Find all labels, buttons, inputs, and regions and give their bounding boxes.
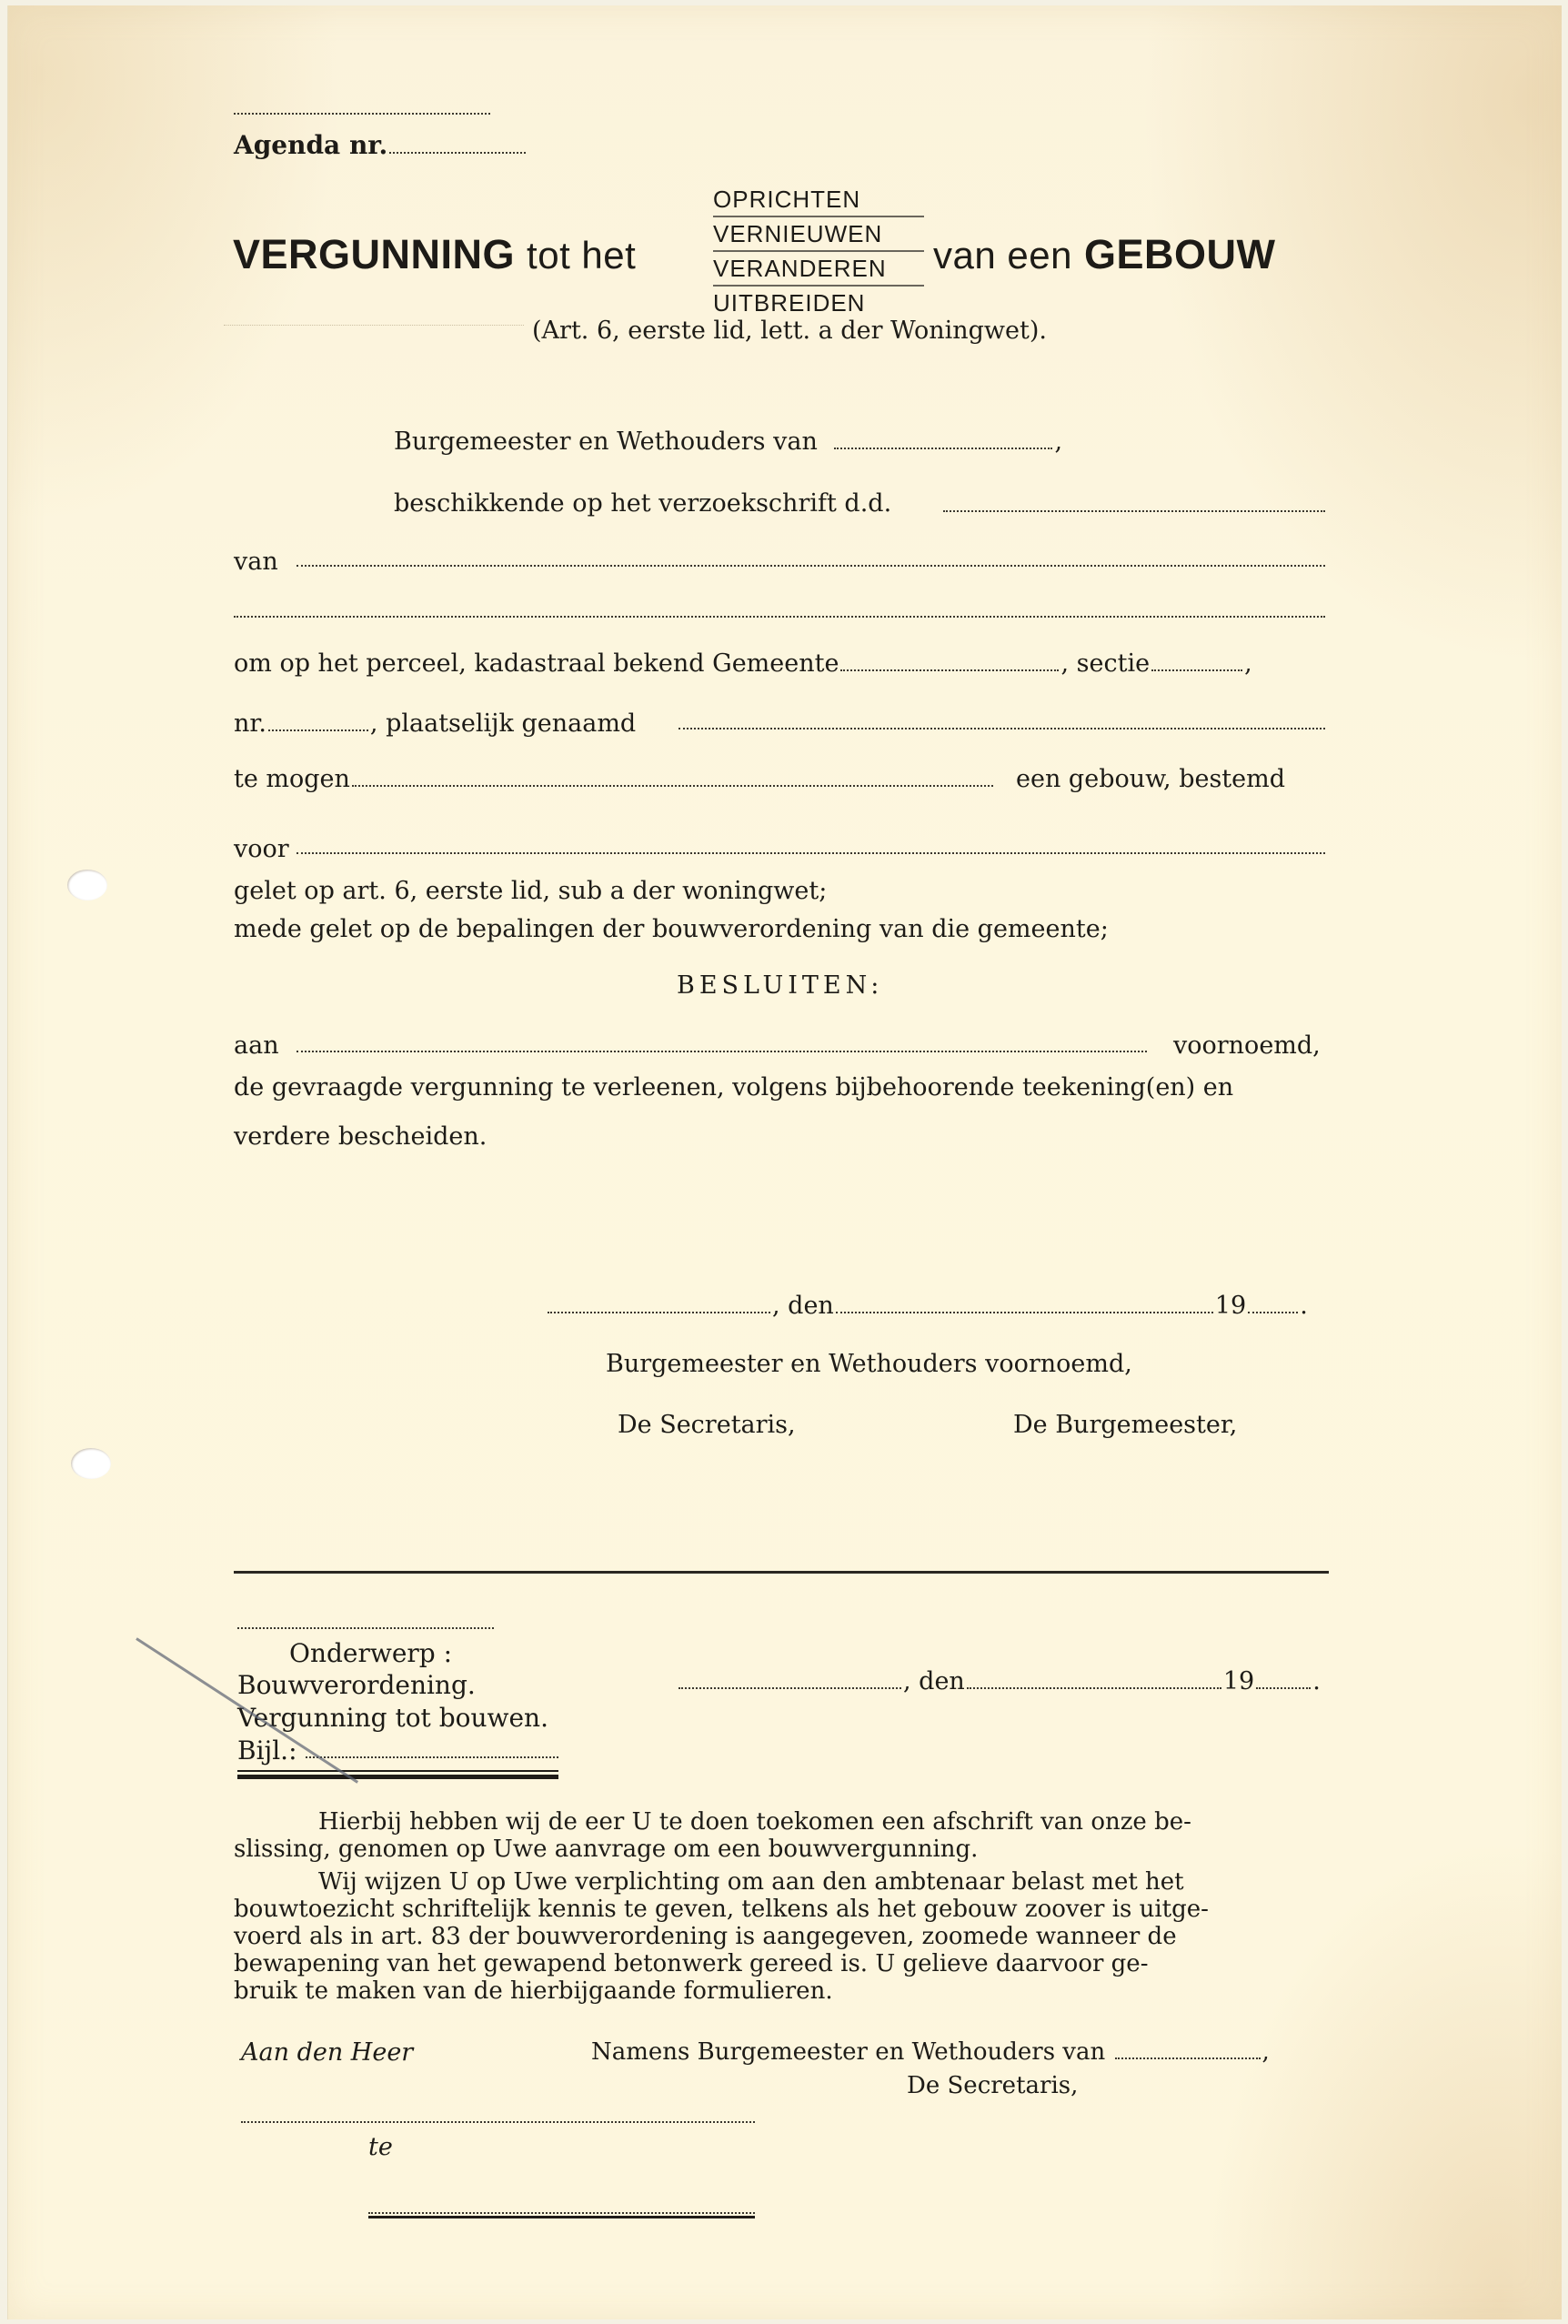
letter-place-field[interactable] [678,1687,901,1689]
letter-p2-line5: bruik te maken van de hierbijgaande form… [234,1979,833,2003]
signature-date-line: , den19. [546,1293,1308,1318]
subject-rule-thick [237,1775,558,1779]
request-date-field[interactable] [943,510,1325,512]
option-uitbreiden[interactable]: UITBREIDEN [713,287,924,318]
place-prefix: te [368,2135,393,2159]
title-subtitle: (Art. 6, eerste lid, lett. a der Woningw… [532,318,1047,343]
option-veranderen[interactable]: VERANDEREN [713,253,924,284]
subject-line-2: Vergunning tot bouwen. [237,1705,548,1731]
agenda-label-text: Agenda nr. [234,130,387,160]
form-line-number: nr., plaatselijk genaamd [234,711,636,736]
option-oprichten[interactable]: OPRICHTEN [713,184,924,215]
section-separator [234,1571,1329,1574]
label-van: van [234,549,278,574]
action-field[interactable] [352,785,993,787]
comma: , [1054,428,1062,456]
option-divider [713,216,924,217]
on-behalf-municipality-field[interactable] [1115,2057,1261,2059]
period: . [1312,1667,1321,1695]
signature-authority: Burgemeester en Wethouders voornoemd, [606,1352,1132,1376]
letter-year-field[interactable] [1256,1687,1311,1689]
label-te-mogen: te mogen [234,765,350,793]
recipient-field[interactable] [297,1051,1147,1052]
option-vernieuwen[interactable]: VERNIEUWEN [713,218,924,249]
option-divider [713,285,924,287]
label-burgemeester: Burgemeester en Wethouders van [394,428,818,456]
municipality-cadastral-field[interactable] [840,669,1059,671]
letter-p2-line4: bewapening van het gewapend betonwerk ge… [234,1952,1148,1976]
local-name-field[interactable] [678,728,1325,729]
section-field[interactable] [1151,669,1242,671]
punch-hole-bottom [71,1448,111,1479]
title-van-een: van een [933,234,1072,277]
label-bijl: Bijl.: [237,1735,297,1766]
title-gebouw: GEBOUW [1084,231,1276,277]
address-rule [368,2216,755,2218]
decision-text-2: verdere bescheiden. [234,1124,487,1149]
label-voor: voor [234,837,289,861]
label-sectie: , sectie [1060,649,1150,678]
label-verzoekschrift: beschikkende op het verzoekschrift d.d. [394,489,891,518]
letter-reference-field[interactable] [237,1627,494,1629]
comma: , [1262,2038,1270,2066]
addressee-place-field[interactable] [368,2212,755,2214]
title-vergunning: VERGUNNING [233,231,515,277]
applicant-field[interactable] [297,565,1325,567]
subject-line-1: Bouwverordening. [237,1673,476,1698]
punch-hole-top [67,870,107,900]
period: . [1300,1292,1308,1320]
parcel-number-field[interactable] [268,729,368,731]
applicant-field-2[interactable] [234,616,1325,618]
form-line-action: te mogen [234,767,995,791]
addressee-label: Aan den Heer [241,2040,413,2065]
agenda-number-field[interactable] [389,152,526,154]
title-prefix: VERGUNNING tot het [233,231,636,278]
label-plaatselijk-genaamd: , plaatselijk genaamd [370,709,636,738]
letter-day-field[interactable] [967,1687,1221,1689]
decision-heading: BESLUITEN: [677,973,883,998]
label-year-19: 19 [1223,1667,1254,1695]
on-behalf-line: Namens Burgemeester en Wethouders van , [591,2040,1270,2064]
letter-p2-line2: bouwtoezicht schriftelijk kennis te geve… [234,1897,1209,1921]
title-tot-het: tot het [527,234,636,277]
letter-p1-line2: slissing, genomen op Uwe aanvrage om een… [234,1837,978,1861]
letter-p2-line3: voerd als in art. 83 der bouwverordening… [234,1925,1177,1948]
subject-label: Onderwerp : [289,1641,452,1666]
attachments-label: Bijl.: [237,1738,297,1764]
attachments-field[interactable] [306,1756,558,1758]
form-line-municipality: Burgemeester en Wethouders van , [394,429,1062,454]
reference-field[interactable] [234,113,490,115]
label-year-19: 19 [1215,1292,1246,1320]
letter-p1-line1: Hierbij hebben wij de eer U te doen toek… [318,1810,1191,1834]
label-den: , den [772,1292,834,1320]
signature-place-field[interactable] [548,1312,770,1313]
agenda-label: Agenda nr. [234,133,528,158]
label-nr: nr. [234,709,266,738]
title-suffix: van een GEBOUW [933,231,1275,278]
form-line-request-date: beschikkende op het verzoekschrift d.d. [394,491,891,516]
letter-secretary: De Secretaris, [907,2074,1078,2098]
action-options: OPRICHTEN VERNIEUWEN VERANDEREN UITBREID… [713,184,924,318]
form-line-parcel: om op het perceel, kadastraal bekend Gem… [234,651,1252,676]
signature-year-field[interactable] [1248,1312,1298,1313]
decision-text-1: de gevraagde vergunning te verleenen, vo… [234,1075,1233,1100]
bleed-through-line [224,325,524,326]
label-den: , den [903,1667,965,1695]
comma: , [1244,649,1252,678]
option-divider [713,250,924,252]
purpose-field[interactable] [297,852,1325,854]
letter-p2-line1: Wij wijzen U op Uwe verplichting om aan … [318,1870,1184,1894]
letter-date-line: , den19. [677,1669,1321,1694]
label-een-gebouw-bestemd: een gebouw, bestemd [1016,767,1285,791]
signature-secretary: De Secretaris, [618,1413,796,1437]
label-voornoemd: voornoemd, [1173,1033,1321,1058]
consideration-woningwet: gelet op art. 6, eerste lid, sub a der w… [234,879,827,903]
municipality-field[interactable] [834,448,1052,449]
label-kadastraal: om op het perceel, kadastraal bekend Gem… [234,649,839,678]
addressee-name-field[interactable] [241,2121,755,2123]
label-aan: aan [234,1033,279,1058]
signature-mayor: De Burgemeester, [1013,1413,1237,1437]
signature-day-field[interactable] [836,1312,1213,1313]
consideration-bouwverordening: mede gelet op de bepalingen der bouwvero… [234,917,1109,941]
label-namens: Namens Burgemeester en Wethouders van [591,2038,1105,2066]
subject-rule-thin [237,1770,558,1772]
